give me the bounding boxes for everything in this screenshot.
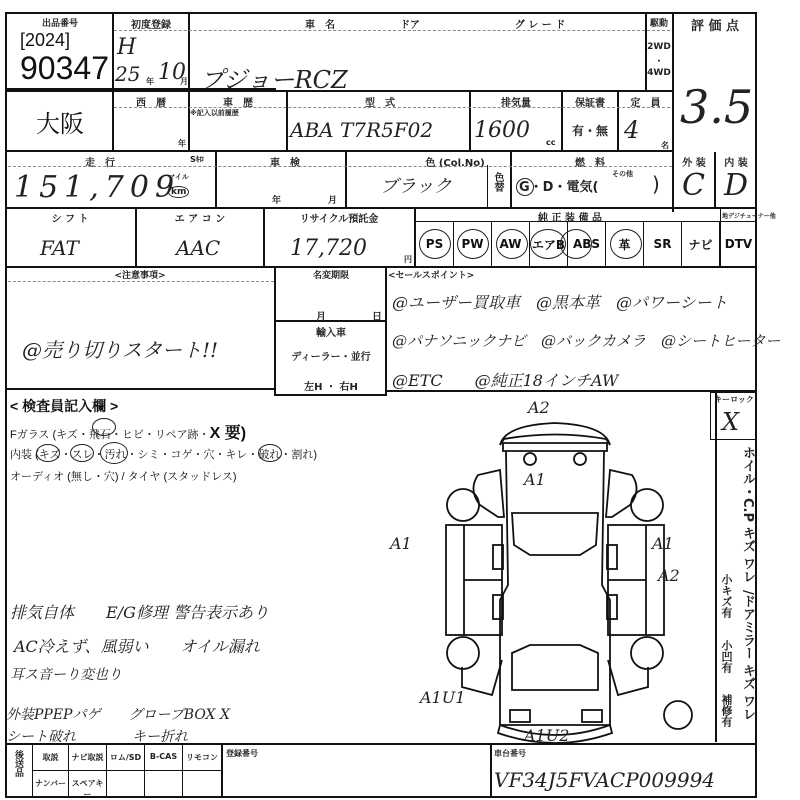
fuel-options: G・D・電気( <box>519 176 598 195</box>
remark-line-1: 排気自体 E/G修理 警告表示あり <box>10 600 269 623</box>
drive-label: 駆動 <box>646 16 672 29</box>
damage-mark-right-side-2: A2 <box>658 566 680 585</box>
name-change-label: 名変期限 <box>276 268 386 281</box>
ac-label: エ ア コ ン <box>150 210 250 225</box>
recycle-fee-label: リサイクル預託金 <box>266 210 412 225</box>
mileage-unit-miles: マイル <box>168 172 189 182</box>
lot-number: 90347 <box>20 50 109 87</box>
warranty-value: 有・無 <box>563 122 617 139</box>
fuel-label: 燃 料 <box>560 154 620 169</box>
door-label: ドア <box>395 16 425 31</box>
color-label: 色 (Col.No) <box>400 154 510 169</box>
damage-mark-trunk: A1 <box>524 470 546 489</box>
grade-label: グ レ ー ド <box>480 16 600 31</box>
first-registration-label: 初度登録 <box>114 16 188 31</box>
equipment-circle <box>496 229 528 259</box>
damage-mark-rear-bumper: A2 <box>528 398 550 417</box>
chassis-number: VF34J5FVACP009994 <box>494 768 715 792</box>
lot-number-label: 出品番号 <box>10 16 110 29</box>
audio-tire-line: オーディオ (無し・穴) / タイヤ (スタッドレス) <box>10 468 237 484</box>
equipment-circle <box>457 229 489 259</box>
damage-mark-right-side: A1 <box>652 534 674 553</box>
equipment-circle <box>419 229 451 259</box>
model-type-label: 型 式 <box>300 94 460 109</box>
mirror-label: /ドアミラー キズ ワレ <box>738 590 757 721</box>
inspector-title: < 検査員記入欄 > <box>10 396 118 416</box>
sales-point-line-2: @パナソニックナビ @バックカメラ @シートヒーター <box>392 330 780 351</box>
shift: FAT <box>40 236 79 260</box>
remark-line-3: 耳ス音ーり変也り <box>10 664 122 684</box>
ac: AAC <box>176 236 220 260</box>
keylock-value: X <box>722 408 739 436</box>
score-label: 評 価 点 <box>674 15 756 34</box>
capacity-label: 定 員 <box>619 94 672 109</box>
exterior-grade: C <box>682 168 705 203</box>
damage-mark-left-side: A1 <box>390 534 412 553</box>
equipment-circle <box>610 229 642 259</box>
remark-line-4: 外装PPEPパゲ グローブBOX X <box>6 704 230 724</box>
wheel-cap-label: ホイル・C.P キズ ワレ <box>738 446 757 583</box>
mileage: 151,709 <box>14 170 180 205</box>
import-dealer-parallel: ディーラー・並行 <box>276 348 386 363</box>
attention-text: @売り切りスタート!! <box>22 334 218 363</box>
equipment-circle <box>560 229 592 259</box>
auction-year: [2024] <box>20 30 70 51</box>
interior-label: 内 装 <box>716 154 756 169</box>
remark-line-2: AC冷えず、風弱い オイル漏れ <box>14 634 260 657</box>
recycle-fee: 17,720 <box>290 236 367 261</box>
equipment-navi: ナビ <box>682 222 720 266</box>
warranty-label: 保証書 <box>563 94 617 109</box>
registration-number-label: 登録番号 <box>226 748 258 759</box>
tuner-label: 地デジチューナー他 <box>722 211 776 220</box>
inspection-label: 車 検 <box>255 154 315 169</box>
import-handle: 左H ・ 右H <box>276 378 386 393</box>
displacement-label: 排気量 <box>471 94 561 109</box>
wheel-note: 小キズ有 <box>718 574 734 618</box>
mirror-note-1: 小凹有 <box>718 640 734 673</box>
accessories-label: 後送品 <box>12 750 25 777</box>
equipment-dtv: DTV <box>720 222 757 266</box>
glass-line: Fガラス (キズ・飛石・ヒビ・リペア跡・X 要) <box>10 420 246 443</box>
displacement: 1600 <box>474 118 530 143</box>
capacity: 4 <box>624 116 639 144</box>
attention-label: <注意事項> <box>80 268 200 281</box>
color-change-label: 色替 <box>490 172 505 192</box>
car-name: プジョーRCZ <box>200 60 348 95</box>
region: 大阪 <box>36 104 84 139</box>
sales-point-line-1: @ユーザー買取車 @黒本革 @パワーシート <box>392 290 728 313</box>
shift-label: シ フ ト <box>20 210 120 225</box>
color-value: ブラック <box>380 172 452 198</box>
sales-point-line-3: @ETC @純正18インチAW <box>392 368 618 391</box>
first-registration-era: H <box>117 35 136 60</box>
chassis-number-label: 車台番号 <box>494 748 526 759</box>
keylock-label: キーロック <box>712 394 756 405</box>
damage-mark-left-fender: A1U1 <box>420 688 465 707</box>
mirror-note-2: 補修有 <box>718 694 734 727</box>
score-value: 3.5 <box>680 80 753 134</box>
car-name-label: 車 名 <box>260 16 380 31</box>
drive-2wd: 2WD <box>646 42 672 52</box>
import-car-label: 輸入車 <box>276 324 386 339</box>
equipment-sunroof: SR <box>644 222 682 266</box>
exterior-label: 外 装 <box>674 154 714 169</box>
interior-grade: D <box>724 168 748 203</box>
sales-points-label: <セールスポイント> <box>388 268 474 281</box>
drive-4wd: 4WD <box>646 68 672 78</box>
first-registration-year: 25 <box>115 62 140 86</box>
model-type: ABA T7R5F02 <box>290 118 433 142</box>
